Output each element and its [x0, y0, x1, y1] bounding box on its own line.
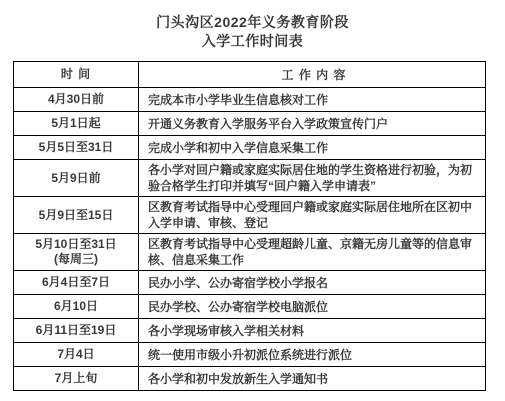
page-title: 门头沟区2022年义务教育阶段 入学工作时间表 [0, 13, 505, 51]
column-header-time: 时 间 [14, 62, 139, 88]
table-row: 6月10日 民办学校、公办寄宿学校电脑派位 [14, 295, 486, 319]
content-cell: 民办学校、公办寄宿学校电脑派位 [139, 295, 486, 319]
table-row: 7月上旬 各小学和初中发放新生入学通知书 [14, 367, 486, 391]
content-cell: 开通义务教育入学服务平台入学政策宣传门户 [139, 112, 486, 136]
content-cell: 统一使用市级小升初派位系统进行派位 [139, 343, 486, 367]
table-row: 5月10日至31日 (每周三) 区教育考试指导中心受理超龄儿童、京籍无房儿童等的… [14, 234, 486, 271]
table-row: 6月11日至19日 各小学现场审核入学相关材料 [14, 319, 486, 343]
time-cell: 4月30日前 [14, 88, 139, 112]
time-cell: 7月上旬 [14, 367, 139, 391]
content-cell: 民办小学、公办寄宿学校小学报名 [139, 271, 486, 295]
table-row: 5月5日至31日 完成小学和初中入学信息采集工作 [14, 136, 486, 160]
schedule-table: 时 间 工 作 内 容 4月30日前 完成本市小学毕业生信息核对工作 5月1日起… [13, 61, 486, 391]
page-title-line1: 门头沟区2022年义务教育阶段 [0, 13, 505, 32]
content-cell: 区教育考试指导中心受理回户籍或家庭实际居住地所在区初中入学申请、审核、登记 [139, 197, 486, 234]
time-cell: 6月4日至7日 [14, 271, 139, 295]
time-cell: 6月10日 [14, 295, 139, 319]
page-title-line2: 入学工作时间表 [0, 32, 505, 51]
content-cell: 各小学和初中发放新生入学通知书 [139, 367, 486, 391]
time-cell: 5月9日前 [14, 160, 139, 197]
column-header-content: 工 作 内 容 [139, 62, 486, 88]
table-row: 7月4日 统一使用市级小升初派位系统进行派位 [14, 343, 486, 367]
content-cell: 各小学现场审核入学相关材料 [139, 319, 486, 343]
time-cell: 5月5日至31日 [14, 136, 139, 160]
table-header-row: 时 间 工 作 内 容 [14, 62, 486, 88]
document-page: 门头沟区2022年义务教育阶段 入学工作时间表 时 间 工 作 内 容 4月30… [0, 0, 505, 401]
content-cell: 完成本市小学毕业生信息核对工作 [139, 88, 486, 112]
time-cell: 5月10日至31日 (每周三) [14, 234, 139, 271]
time-cell: 5月9日至15日 [14, 197, 139, 234]
table-row: 4月30日前 完成本市小学毕业生信息核对工作 [14, 88, 486, 112]
content-cell: 各小学对回户籍或家庭实际居住地的学生资格进行初验，为初验合格学生打印并填写“回户… [139, 160, 486, 197]
table-row: 5月9日至15日 区教育考试指导中心受理回户籍或家庭实际居住地所在区初中入学申请… [14, 197, 486, 234]
time-cell: 5月1日起 [14, 112, 139, 136]
table-row: 5月1日起 开通义务教育入学服务平台入学政策宣传门户 [14, 112, 486, 136]
table-row: 6月4日至7日 民办小学、公办寄宿学校小学报名 [14, 271, 486, 295]
content-cell: 完成小学和初中入学信息采集工作 [139, 136, 486, 160]
content-cell: 区教育考试指导中心受理超龄儿童、京籍无房儿童等的信息审核、信息采集工作 [139, 234, 486, 271]
time-cell: 6月11日至19日 [14, 319, 139, 343]
table-row: 5月9日前 各小学对回户籍或家庭实际居住地的学生资格进行初验，为初验合格学生打印… [14, 160, 486, 197]
time-cell: 7月4日 [14, 343, 139, 367]
